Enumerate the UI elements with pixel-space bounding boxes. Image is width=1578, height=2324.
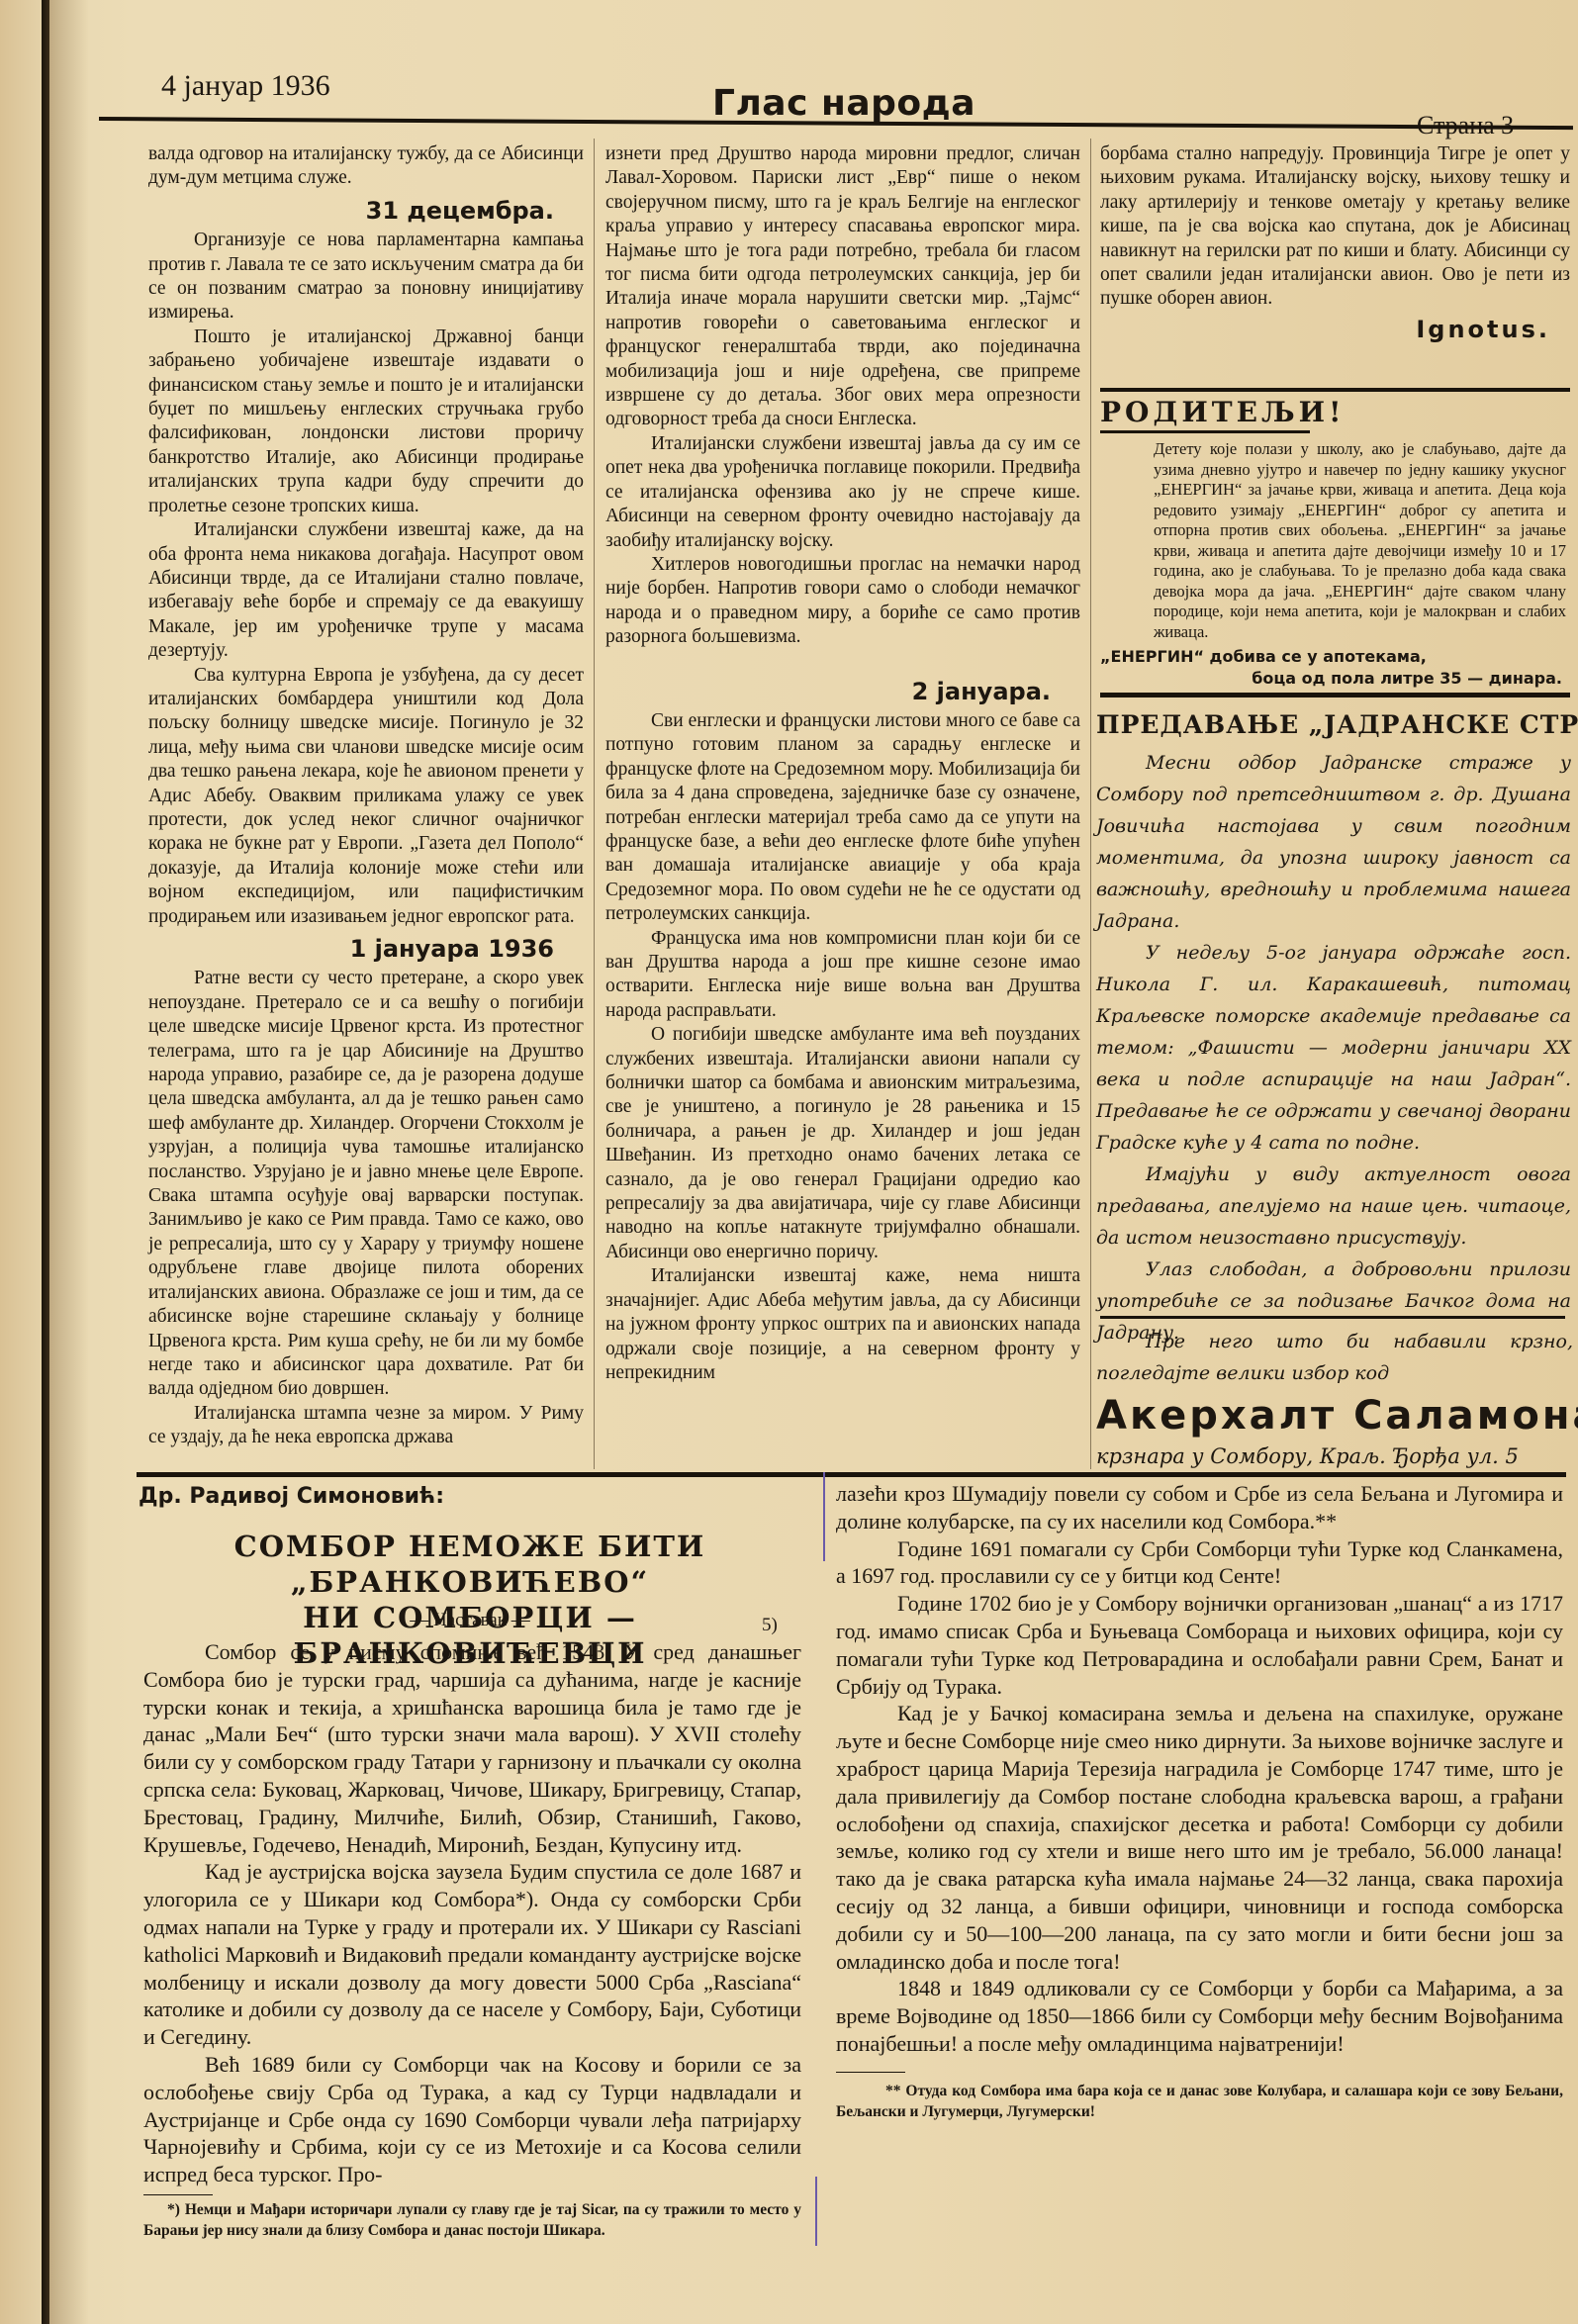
dateline-jan1: 1 јануара 1936 bbox=[148, 937, 554, 961]
paragraph: Сомбор се у писму спомиње већ 1543. У ср… bbox=[143, 1638, 801, 1858]
paragraph: изнети пред Друштво народа мировни предл… bbox=[605, 142, 1080, 432]
paragraph: Сви енглески и француски листови много с… bbox=[605, 709, 1080, 927]
headline-underline bbox=[1100, 430, 1310, 433]
paragraph: Хитлеров новогодишњи проглас на немачки … bbox=[605, 553, 1080, 650]
paragraph: борбама стално напредују. Провинција Тиг… bbox=[1100, 142, 1570, 312]
lecture-body: Месни одбор Јадранске страже у Сомбору п… bbox=[1096, 747, 1571, 1348]
footnote-left: *) Немци и Мађари историчари лупали су г… bbox=[143, 2199, 801, 2241]
fur-advertisement: Пре него што би набавили крзно, погледај… bbox=[1096, 1326, 1573, 1468]
ad-headline: РОДИТЕЉИ! bbox=[1100, 396, 1570, 428]
column-2: изнети пред Друштво народа мировни предл… bbox=[605, 142, 1080, 1385]
paragraph: Ратне вести су често претеране, а скоро … bbox=[148, 967, 584, 1401]
continued-label: — Наставак — bbox=[139, 1610, 801, 1631]
paragraph: О погибији шведске амбуланте има већ поу… bbox=[605, 1023, 1080, 1264]
paragraph: Већ 1689 били су Сомборци чак на Косову … bbox=[143, 2051, 801, 2188]
intro-paragraph: валда одговор на италијанску тужбу, да с… bbox=[148, 142, 584, 191]
paragraph: Имајући у виду актуелност овога предавањ… bbox=[1096, 1159, 1571, 1254]
ad-footer-line1: „ЕНЕРГИН“ добива се у апотекама, bbox=[1100, 646, 1570, 668]
article-byline: Др. Радивој Симоновић: bbox=[139, 1484, 444, 1509]
paragraph: Кад је у Бачкој комасирана земља и дељен… bbox=[836, 1700, 1563, 1975]
furrier-address: крзнара у Сомбору, Краљ. Ђорђа ул. 5 bbox=[1096, 1444, 1573, 1468]
column-3: борбама стално напредују. Провинција Тиг… bbox=[1100, 142, 1570, 345]
fur-ad-intro: Пре него што би набавили крзно, погледај… bbox=[1096, 1326, 1573, 1389]
dateline-jan2: 2 јануара. bbox=[605, 680, 1051, 703]
paragraph: Кад је аустријска војска заузела Будим с… bbox=[143, 1858, 801, 2051]
part-number: 5) bbox=[762, 1615, 778, 1636]
paragraph: Године 1691 помагали су Срби Сомборци ту… bbox=[836, 1535, 1563, 1591]
paragraph: У недељу 5-ог јануара одржаће госп. Нико… bbox=[1096, 937, 1571, 1159]
paper-title: Глас народа bbox=[712, 83, 975, 124]
column-rule bbox=[1090, 139, 1091, 1469]
section-rule bbox=[1100, 693, 1570, 697]
article-left-column: Сомбор се у писму спомиње већ 1543. У ср… bbox=[143, 1638, 801, 2241]
pencil-mark bbox=[815, 2177, 817, 2246]
dateline-dec31: 31 децембра. bbox=[148, 199, 554, 223]
paragraph: Италијански извештај каже, нема ништа зн… bbox=[605, 1264, 1080, 1385]
fur-ad-intro-text: Пре него што би набавили крзно, погледај… bbox=[1096, 1326, 1573, 1389]
title-line-1: СОМБОР НЕМОЖЕ БИТИ „БРАНКОВИЋЕВО“ bbox=[139, 1529, 801, 1600]
article-right-column: лазећи кроз Шумадију повели су собом и С… bbox=[836, 1480, 1563, 2122]
newspaper-page: 4 јануар 1936 Глас народа Страна 3 валда… bbox=[0, 0, 1578, 2324]
pencil-mark bbox=[823, 1472, 825, 1561]
column-1: валда одговор на италијанску тужбу, да с… bbox=[148, 142, 584, 1450]
paragraph: Француска има нов компромисни план који … bbox=[605, 927, 1080, 1024]
author-signature: Ignotus. bbox=[1100, 318, 1550, 341]
section-rule bbox=[1100, 388, 1570, 392]
paragraph: лазећи кроз Шумадију повели су собом и С… bbox=[836, 1480, 1563, 1535]
section-rule bbox=[1100, 1316, 1565, 1319]
furrier-name: Акерхалт Саламона, bbox=[1096, 1393, 1573, 1439]
paragraph: Италијанска штампа чезне за миром. У Рим… bbox=[148, 1402, 584, 1450]
paragraph: Италијански службени извештај јавља да с… bbox=[605, 432, 1080, 553]
footnote-rule bbox=[143, 2194, 213, 2195]
issue-date: 4 јануар 1936 bbox=[161, 69, 330, 103]
paragraph: Године 1702 био је у Сомбору војнички ор… bbox=[836, 1590, 1563, 1700]
energin-advertisement: РОДИТЕЉИ! Детету које полази у школу, ак… bbox=[1100, 396, 1570, 690]
lecture-headline: ПРЕДАВАЊЕ „ЈАДРАНСКЕ СТРАЖЕ“ bbox=[1096, 710, 1571, 739]
binding-spine bbox=[42, 0, 49, 2324]
paragraph: Организује се нова парламентарна кампања… bbox=[148, 229, 584, 325]
footnote-right: ** Отуда код Сомбора има бара која се и … bbox=[836, 2081, 1563, 2122]
paragraph: Пошто је италијанској Државној банци заб… bbox=[148, 325, 584, 518]
paragraph: Сва културна Европа је узбуђена, да су д… bbox=[148, 664, 584, 929]
article-divider-rule bbox=[137, 1472, 1566, 1477]
lecture-notice: ПРЕДАВАЊЕ „ЈАДРАНСКЕ СТРАЖЕ“ Месни одбор… bbox=[1096, 710, 1571, 1348]
binding-shadow bbox=[49, 0, 89, 2324]
ad-body: Детету које полази у школу, ако је слабу… bbox=[1154, 439, 1566, 642]
footnote-rule bbox=[836, 2072, 905, 2073]
paragraph: Месни одбор Јадранске страже у Сомбору п… bbox=[1096, 747, 1571, 937]
paragraph: 1848 и 1849 одликовали су се Сомборци у … bbox=[836, 1975, 1563, 2057]
paragraph: Италијански службени извештај каже, да н… bbox=[148, 518, 584, 663]
column-rule bbox=[594, 139, 595, 1469]
ad-footer-line2: боца од пола литре 35 — динара. bbox=[1100, 668, 1570, 690]
